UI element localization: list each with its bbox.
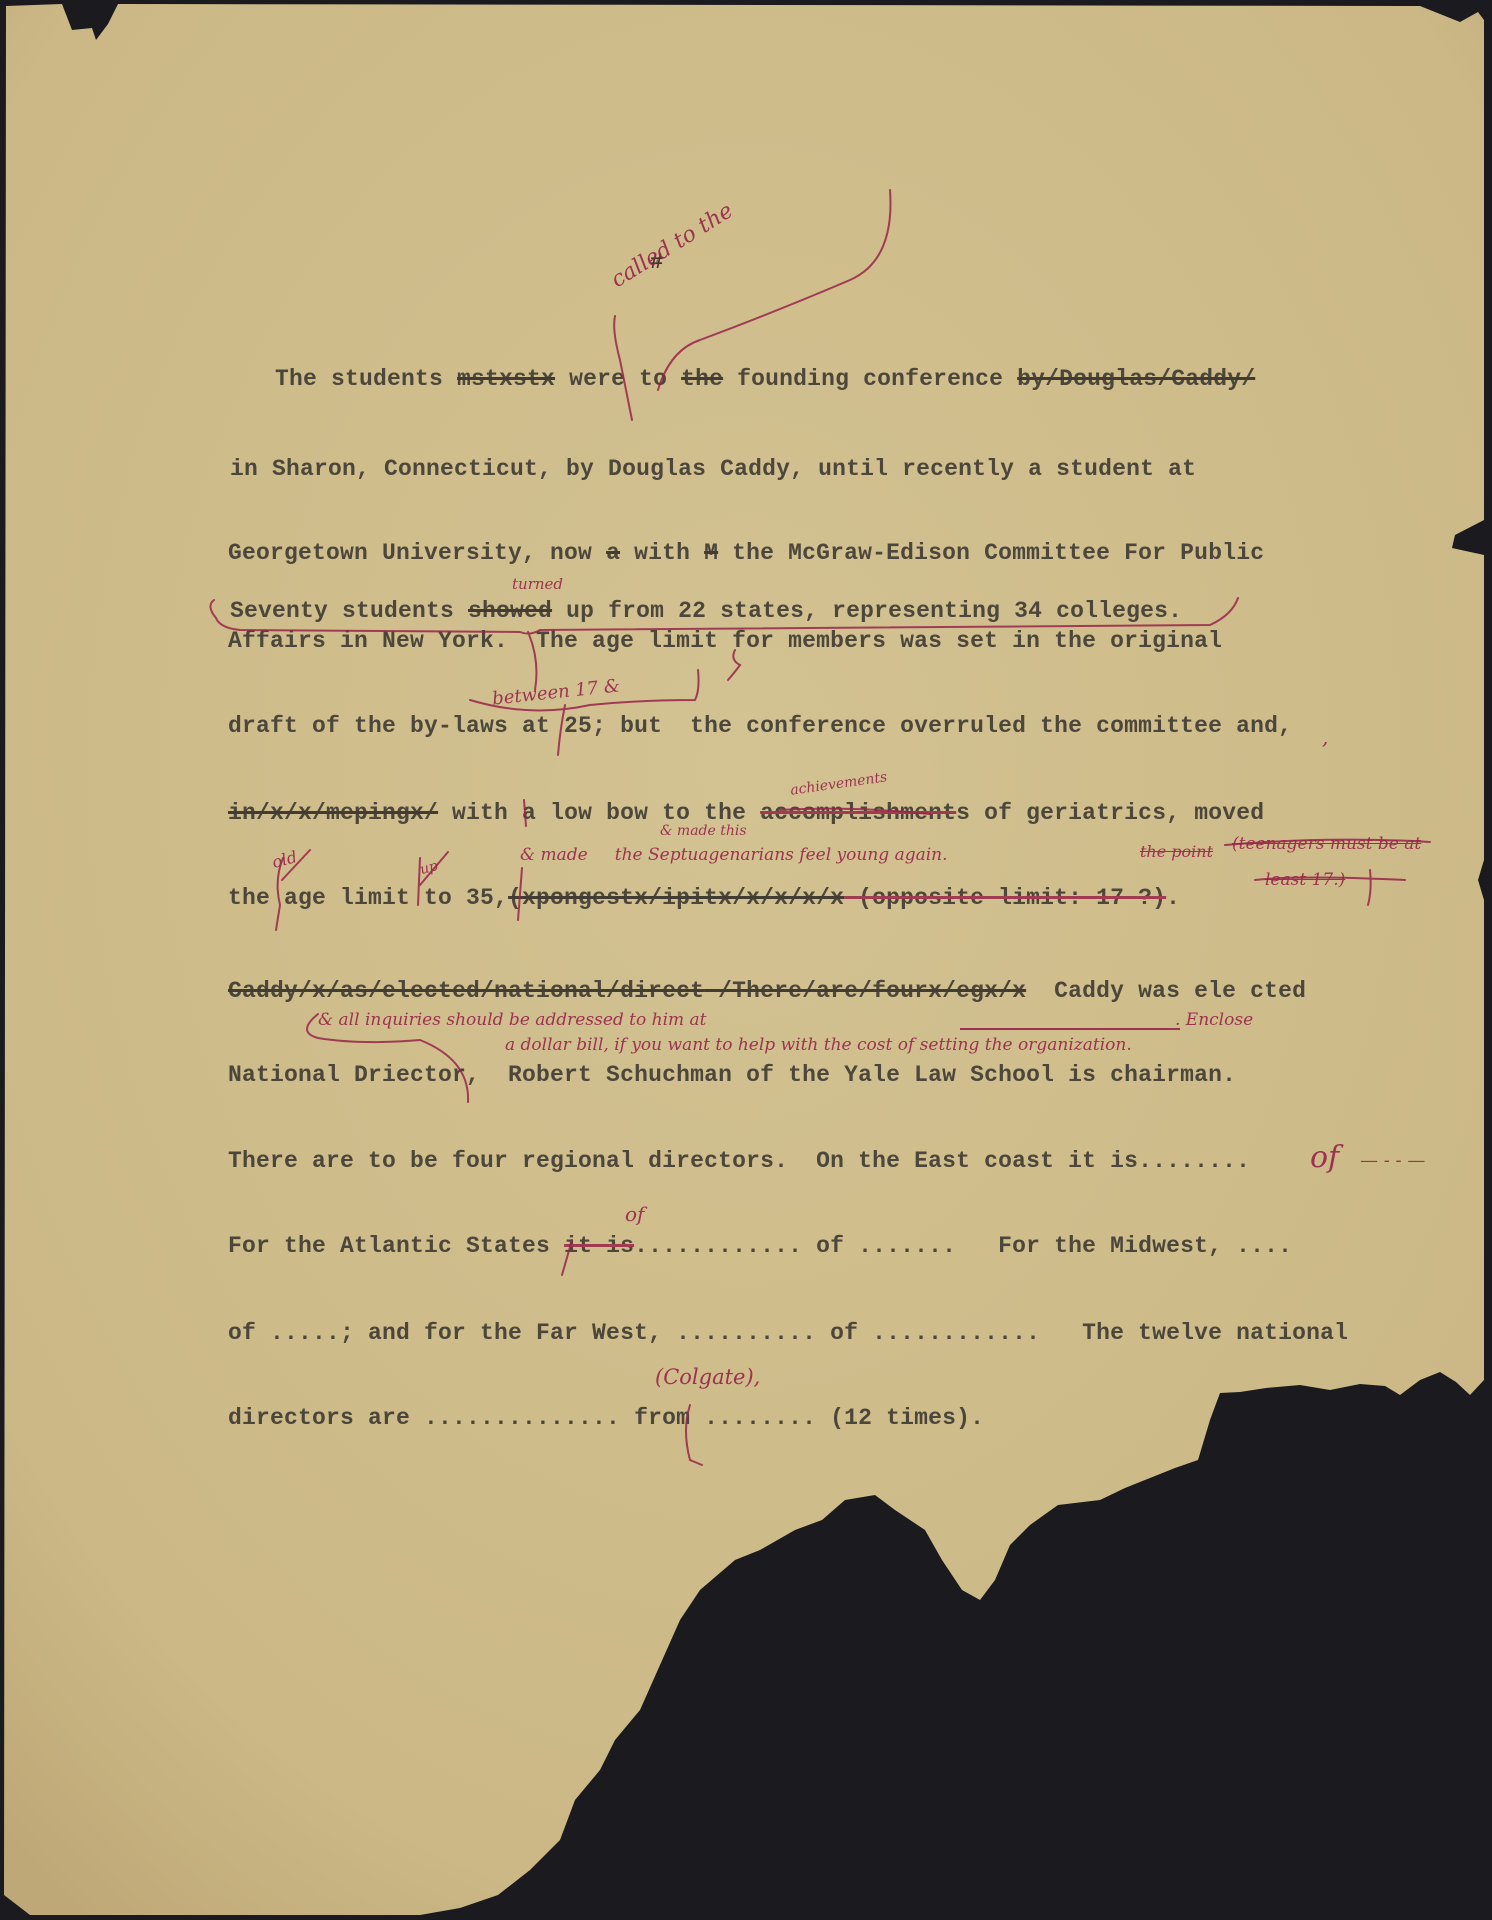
struck-text: M xyxy=(704,540,718,566)
typed-line-5: Affairs in New York. The age limit for m… xyxy=(228,628,1222,654)
text: the age limit to 35, xyxy=(228,885,508,911)
annotation-inquiries-line1: & all inquiries should be addressed to h… xyxy=(318,1010,707,1030)
struck-text: mstxstx xyxy=(457,366,555,392)
struck-text: showed xyxy=(468,598,552,624)
text: to xyxy=(639,366,681,392)
text: Georgetown University, now xyxy=(228,540,606,566)
struck-text: a xyxy=(606,540,620,566)
text: s of geriatrics, moved xyxy=(956,800,1264,826)
text: Seventy students xyxy=(230,598,468,624)
text: For the Atlantic States xyxy=(228,1233,564,1259)
typed-line-6: draft of the by-laws at 25; but the conf… xyxy=(228,713,1292,739)
text: founding conference xyxy=(723,366,1017,392)
typed-line-10: National Driector, Robert Schuchman of t… xyxy=(228,1062,1236,1088)
struck-text: the xyxy=(681,366,723,392)
annotation-the-point: the point xyxy=(1140,842,1213,861)
annotation-colgate: (Colgate), xyxy=(655,1365,760,1389)
annotation-dash-marks: — - - — xyxy=(1360,1150,1425,1171)
typed-line-4: Seventy students showed up from 22 state… xyxy=(230,598,1182,624)
annotation-made-this: & made this xyxy=(660,823,747,839)
annotation-inquiries-line2: a dollar bill, if you want to help with … xyxy=(505,1035,1132,1055)
typed-line-9: Caddy/x/as/elected/national/direct /Ther… xyxy=(228,978,1306,1004)
typed-line-3: Georgetown University, now a with M the … xyxy=(228,540,1264,566)
annotation-blank-line xyxy=(960,1028,1180,1030)
typed-line-8: the age limit to 35,(xpongestx/ipitx/x/x… xyxy=(228,885,1180,911)
annotation-enclose: . Enclose xyxy=(1175,1010,1253,1030)
annotation-of-mark: of xyxy=(1310,1140,1339,1175)
text: with xyxy=(620,540,704,566)
typed-line-1: The students mstxstx were to the foundin… xyxy=(275,366,1255,392)
annotation-turned: turned xyxy=(512,575,563,593)
typed-line-11: There are to be four regional directors.… xyxy=(228,1148,1250,1174)
paper-body xyxy=(4,4,1484,1915)
struck-text: (xpongestx/ipitx/x/x/x/x xyxy=(508,885,844,911)
text: were xyxy=(555,366,639,392)
text: ............ of ....... For the Midwest,… xyxy=(634,1233,1292,1259)
struck-text: accomplishment xyxy=(760,800,956,826)
typed-line-14: directors are .............. from ......… xyxy=(228,1405,984,1431)
text: . xyxy=(1166,885,1180,911)
annotation-comma-insert: , xyxy=(1322,725,1328,749)
text: The students xyxy=(275,366,457,392)
annotation-least-17: least 17.) xyxy=(1265,870,1345,890)
typed-line-12: For the Atlantic States it is...........… xyxy=(228,1233,1292,1259)
annotation-teenagers: (teenagers must be at xyxy=(1232,834,1421,854)
struck-text: /There/are/fourx/egx/x xyxy=(704,978,1026,1004)
annotation-of-insert: of xyxy=(625,1202,644,1226)
document-page: # The students mstxstx were to the found… xyxy=(0,0,1492,1920)
text: up from 22 states, representing 34 colle… xyxy=(552,598,1182,624)
text: Caddy was ele cted xyxy=(1026,978,1306,1004)
struck-text: (opposite limit: 17 ?) xyxy=(844,885,1166,911)
typed-line-2: in Sharon, Connecticut, by Douglas Caddy… xyxy=(230,456,1196,482)
struck-text: Caddy/x/as/elected/national/direct xyxy=(228,978,704,1004)
struck-text: in/x/x/mepingx/ xyxy=(228,800,438,826)
typed-line-13: of .....; and for the Far West, ........… xyxy=(228,1320,1348,1346)
annotation-septuagenarians: & made the Septuagenarians feel young ag… xyxy=(520,845,948,865)
struck-text: it is xyxy=(564,1233,634,1259)
paper-sheet xyxy=(0,0,1492,1920)
text: the McGraw-Edison Committee For Public xyxy=(718,540,1264,566)
struck-text: by/Douglas/Caddy/ xyxy=(1017,366,1255,392)
